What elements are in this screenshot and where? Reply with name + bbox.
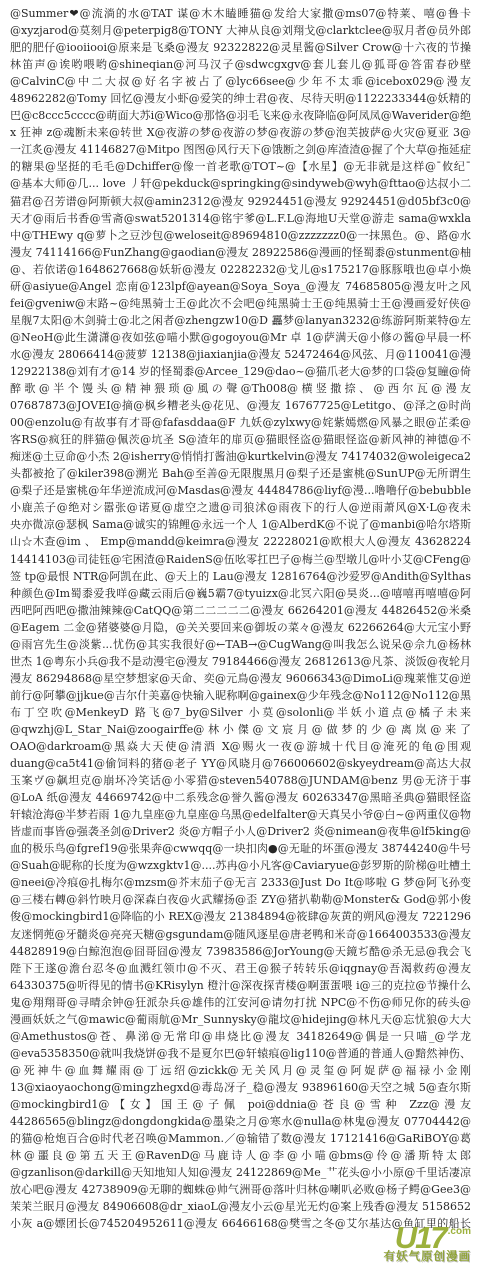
- credits-line: 陛下王遂@澹台忍冬@血溅红领巾@不灭、君王@猴子转转乐@iqgnay@吾渴救药@…: [10, 960, 471, 977]
- credits-line: 西吧阿西吧@撒油辣辣@CatQQ@第二二二二二@漫友 66264201@漫友 4…: [10, 602, 471, 619]
- credits-line: @NeoH@此生潇潇@夜如弦@喵小默@gogoyou@Mr 卓 1@萨满天@小修…: [10, 329, 471, 346]
- u17-logo-com-suffix: .com: [448, 1226, 471, 1237]
- credits-line: fei@gveniw@末路~@纯黑骑士王@此次不会吧@纯黑骑士王@纯黑骑士王@漫…: [10, 295, 471, 312]
- credits-line: 00@enzolu@有故事有才哥@fafasddaa@F 九妖@zylxwy@姹…: [10, 414, 471, 431]
- credits-line: 林笛声@诶哟喂哟@shineqian@河马汉子@sdwcgxgv@套儿套儿@狐哥…: [10, 56, 471, 73]
- credits-line: 醉歌@半个馒头@精神猥琐@風の聲@Th008@横竖撒捺、@西尔瓦@漫友: [10, 380, 471, 397]
- credits-line: @qwzhj@L_Star_Nai@zoogairffe@林小傑@文宸月@做梦的…: [10, 721, 471, 738]
- credits-text-block: @Summer❤@流淌的水@TAT 谋@木木瞌睡猫@发给大家撒@ms07@特莱、…: [10, 5, 471, 1232]
- credits-line: 皆虚而事皆@强袭圣剑@Driver2 炎@方帽子小人@Driver2 炎@nim…: [10, 823, 471, 840]
- credits-line: 07687873@JOVEI@摘@枫乡糟老头@花见、@漫友 16767725@L…: [10, 397, 471, 414]
- credits-line: duang@ca5t41@偷饲料的猪@老子 YY@风晓月@766006602@s…: [10, 755, 471, 772]
- u17-logo-tagline: 有妖气原创漫画: [384, 1248, 472, 1264]
- credits-line: 世杰 1@粤东小兵@我不是动漫宅@漫友 79184466@漫友 26812613…: [10, 653, 471, 670]
- credits-line: @死神牛@血舞耀雨@丁远绍@zickk@无关风月@灵玺@阿娖萨@福禄小金刚: [10, 1062, 471, 1079]
- credits-line: @neei@冷痕@扎梅尔@mzsm@芥末茄子@无言 2333@Just Do I…: [10, 874, 471, 891]
- credits-line: 客RS@疯狂的胖猫@佩茨@坑圣 S@渣年的扉页@猫眼怪盗@猫眼怪盗@新风神的神德…: [10, 431, 471, 448]
- credits-line: @三楼右轉@斜竹映月@深森白夜@火武耀扬@歪 ZY@猪扒勒勒@Monster& …: [10, 891, 471, 908]
- credits-line: @、若依诺@1648627668@妖斩@漫友 02282232@戈儿@s1752…: [10, 261, 471, 278]
- credits-line: @Amethustos@苍、鼻涕@无常印@串烧比@漫友 34182649@偶是一…: [10, 1028, 471, 1045]
- credits-line: OAO@darkroam@黑焱大天使@清酒 X@赐火一夜@游城十代目@淹死的龟@…: [10, 738, 471, 755]
- credits-line: 布丁空吹@MenkeyD 路飞@7_by@Silver 小莫@solonli@半…: [10, 704, 471, 721]
- credits-line: 签 tp@最恨 NTR@阿凯在此、@天上的 Lau@漫友 12816764@沙爱…: [10, 568, 471, 585]
- credits-line: 水@漫友 28066414@菠萝 12138@jiaxianjia@漫友 524…: [10, 346, 471, 363]
- credits-line: @mockingbird1@【女】国王@子佩 poi@ddnia@苍良@雪种 Z…: [10, 1096, 471, 1113]
- credits-line: 猫君@召芳谱@阿斯顿大叔@amin2312@漫友 92924451@漫友 929…: [10, 193, 471, 210]
- credits-line: @CalvinC@中二大叔@好名字被占了@lyc66see@少年不太乖@iceb…: [10, 73, 471, 90]
- credits-line: 肥的肥仔@iooiiooi@原来是飞桑@漫友 92322822@灵星酱@Silv…: [10, 39, 471, 56]
- credits-line: 44828919@白鲸泡泡@囧哥囧@漫友 73983586@JorYoung@天…: [10, 943, 471, 960]
- credits-line: @Eagem 二金@猪婆婆@月隐，@关关要回来@御坂の菜々@漫友 6226626…: [10, 619, 471, 636]
- credits-line: 44286565@blingz@dongdongkida@墨染之月@寒水@nul…: [10, 1113, 471, 1130]
- credits-line: 星舰7太阳@木剑骑士@北之闲者@zhengzw10@D 靐梦@lanyan323…: [10, 312, 471, 329]
- credits-line: @基本大师@几... love 丿轩@pekduck@springking@si…: [10, 175, 471, 192]
- credits-line: 痴迷@土豆命@小杰 2@isherry@悄悄打酱油@kurtkelvin@漫友 …: [10, 448, 471, 465]
- credits-line: 山☆木查@im 、 Emp@mandd@keimra@漫友 22228021@欧…: [10, 533, 471, 550]
- credits-line: 一江炙@漫友 41146827@Mitpo 图图@风行天下@饿断之剑@库渣渣@握…: [10, 141, 471, 158]
- credits-line: 前行@阿攀@jjkue@吉尔什美嘉@快输入昵称啊@gainex@少年残念@No1…: [10, 687, 471, 704]
- credits-line: 48962282@Tomy 回忆@漫友小虾@爱笑的绅士君@夜、尽待天明@1122…: [10, 90, 471, 107]
- credits-line: @Summer❤@流淌的水@TAT 谋@木木瞌睡猫@发给大家撒@ms07@特莱、…: [10, 5, 471, 22]
- credits-line: 小鹿羔子@绝对シ嚣张@诺夏@虚空之遗@司狼沭@雨夜下的行人@逆雨萧风@X·L@夜…: [10, 499, 471, 516]
- credits-line: 央亦微凉@瑟枫 Sama@诚实的锦鲤@永远一个人 1@AlberdK@不说了@m…: [10, 516, 471, 533]
- credits-line: @LoA 纸@漫友 44669742@中二系残念@誉久酱@漫友 60263347…: [10, 789, 471, 806]
- credits-line: @雨宫先生@淡紫...忧伤@其实我很好@←TAB→@CugWang@叫我怎么说呆…: [10, 636, 471, 653]
- credits-line: 茉茉兰眠月@漫友 84906608@dr_xiaoL@漫友小云@星光无灼@案上残…: [10, 1198, 471, 1215]
- credits-line: 巴@c8ccc5cccc@萌面大苏i@Wico@那恪@羽毛飞来@永夜降临@阿凤凤…: [10, 107, 471, 124]
- credits-line: 漫画妖妖之气@mawic@葡雨航@Mr_Sunnysky@龍坟@hidejing…: [10, 1011, 471, 1028]
- credits-line: 玉案ヴ@飙坦克@崩坏冷笑话@小零猎@steven540788@JUNDAM@be…: [10, 772, 471, 789]
- credits-line: 血的极乐鸟@fgref19@张果奔@cwwqq@一块扣肉●@无耻的坏蛋@漫友 3…: [10, 840, 471, 857]
- credits-line: 12922138@刘有才@14 岁的怪蜀黍@Arcee_129@dao~@猫爪老…: [10, 363, 471, 380]
- credits-line: 14414103@司徒钰@宅困渣@RaidenS@伍吆零扛巴子@梅兰@型墩儿@叶…: [10, 551, 471, 568]
- u17-logo: U17 .com 有妖气原创漫画: [384, 1225, 472, 1264]
- credits-line: 漫友 74114166@FunZhang@gaodian@漫友 28922586…: [10, 244, 471, 261]
- credits-line: 种颜色@Im蜀黍爱我咩@藏云雨后@巍5霸7@tyuizx@北冥六阳@昊炎...@…: [10, 585, 471, 602]
- credits-page: { "page": { "lines": [ "@Summer❤@流淌的水@TA…: [0, 0, 480, 1270]
- credits-line: @gzanlison@darkill@天知地知人知@漫友 24122869@Me…: [10, 1164, 471, 1181]
- credits-line: @Suah@昵称的长度为@wzxgktv1@....苏冉@小凡客@Caviary…: [10, 857, 471, 874]
- credits-line: 中@THEwy q@萝卜之豆沙包@weloseit@89694810@zzzzz…: [10, 227, 471, 244]
- credits-line: 天才@雨后书香@雪斋@swat5201314@铭宇爹@L.F.L@海地U天堂@游…: [10, 210, 471, 227]
- credits-line: 头都被抢了@kiler398@溯光 Bah@至善@无限腹黑月@梨子还是蜜桃@Su…: [10, 465, 471, 482]
- credits-line: 林@噩良@第五天王@RavenD@马鹿诗人@李@小喵@bms@伶@潘斯特太郎: [10, 1147, 471, 1164]
- credits-line: @梨子还是蜜桃@年华逆流成河@Masdas@漫友 44484786@liyf@漫…: [10, 482, 471, 499]
- credits-line: x 狂神 z@魂断未来@转世 X@夜游の梦@夜游の梦@夜游の梦@泡芙披萨@火灾@…: [10, 124, 471, 141]
- credits-line: 友迷惘蔸@牙髓炎@亮亮天糖@gsgundam@随风逐星@唐老鸭和米奇@16640…: [10, 926, 471, 943]
- credits-line: @eva5358350@就叫我烧饼@我不是夏尔巴@轩辕痕@lig110@普通的普…: [10, 1045, 471, 1062]
- credits-line: 放心吧@漫友 42738909@无聊的蜘蛛@帅气洲哥@落叶归林@喇叭必败@杨子鳄…: [10, 1181, 471, 1198]
- credits-line: 漫友 86294868@星空梦想家@天命、奕@元鳥@漫友 96066343@Di…: [10, 670, 471, 687]
- credits-line: 的猫@枪炮百合@时代老召唤@Mammon.／@输错了数@漫友 17121416@…: [10, 1130, 471, 1147]
- credits-line: 的糖果@坚挺的毛毛@Dchiffer@像一首老歌@TOT~@【水星】@无非就是这…: [10, 158, 471, 175]
- credits-line: 鬼@翔翔哥@寻晴余钟@狂派杂兵@雄伟的江安河@请勿打扰 NPC@不伤@师兄你的砖…: [10, 994, 471, 1011]
- credits-line: 轩辕沧海@半梦若雨 1@九皇座@九皇座@乌黑@edelfalter@天真吴小爷@…: [10, 806, 471, 823]
- credits-line: @xyzjarod@莫刻月@peterpig8@TONY 大神从良@刘翔戈@cl…: [10, 22, 471, 39]
- credits-line: 俊@mockingbird1@降临的小 REX@漫友 21384894@筱肆@灰…: [10, 908, 471, 925]
- credits-line: 13@xiaoyaochong@mingzhegxd@毒岛冴子_稳@漫友 938…: [10, 1079, 471, 1096]
- credits-line: 研@asiyue@Angel 恋南@123lpf@ayean@Soya_Soya…: [10, 278, 471, 295]
- credits-line: 64330375@听得见的情书@KRisylyn 橙汁@深夜探青楼@啊蛋蛋喂 i…: [10, 977, 471, 994]
